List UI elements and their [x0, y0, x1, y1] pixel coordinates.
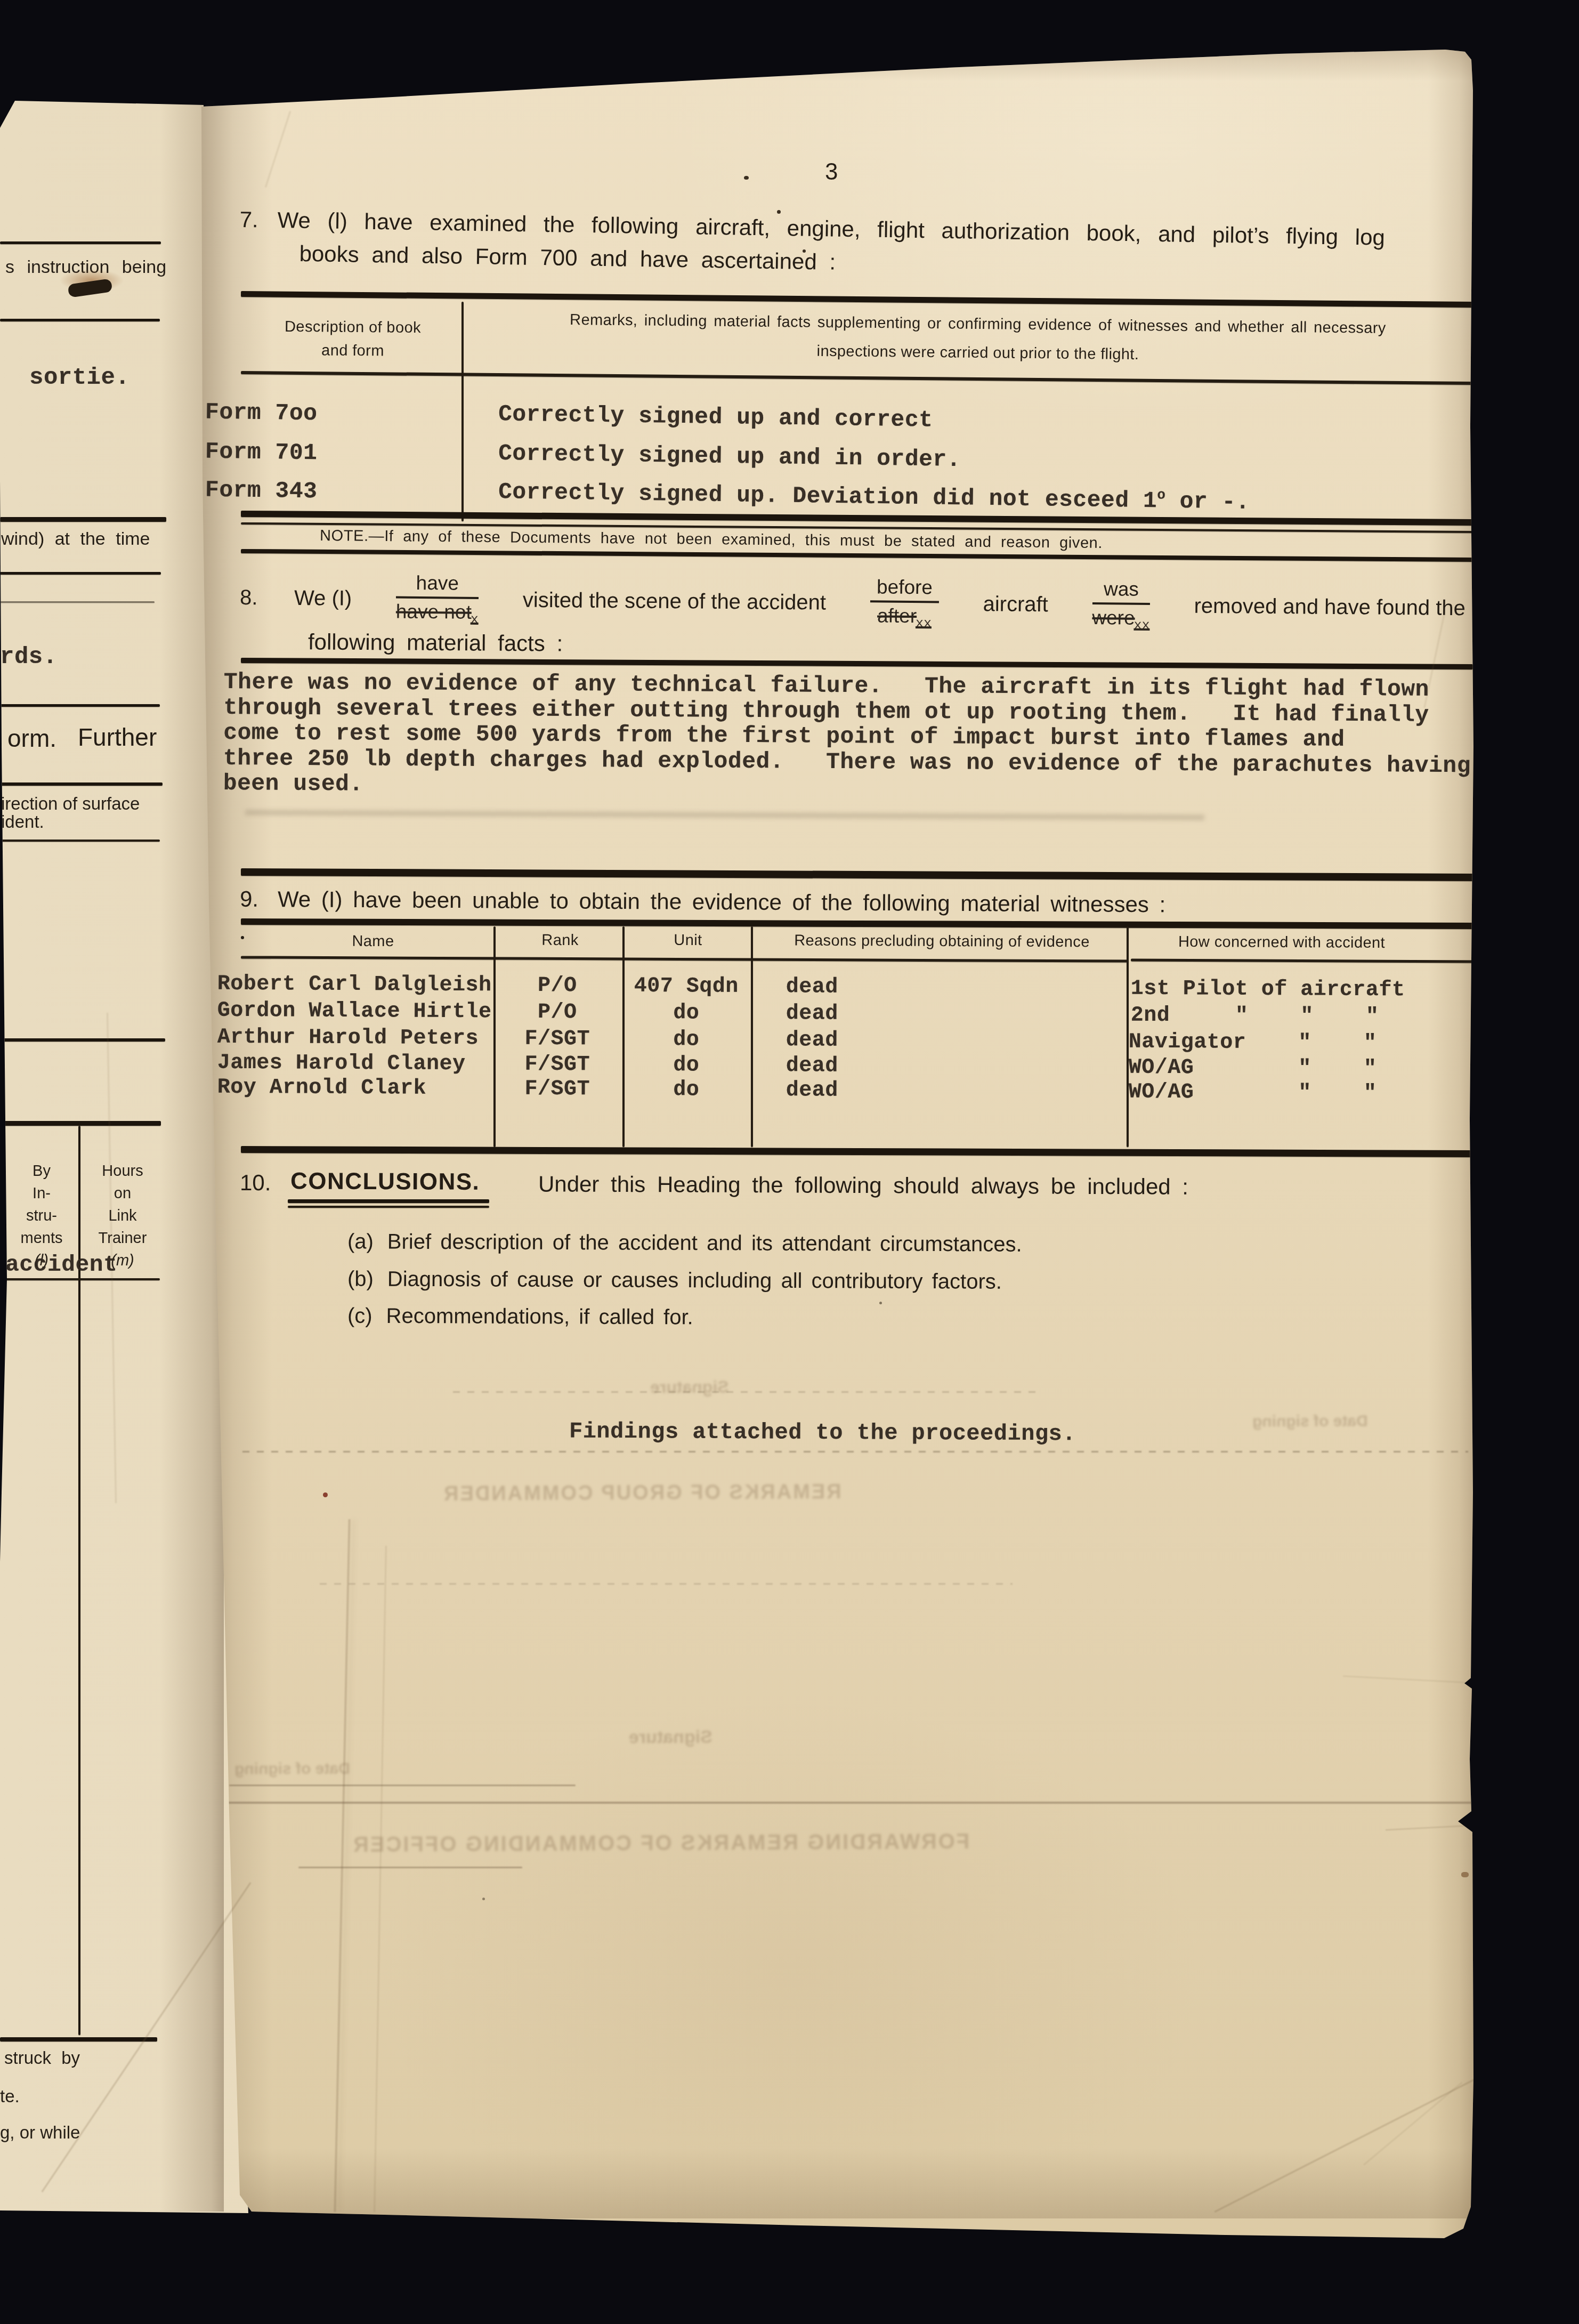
header-dot: [241, 936, 244, 939]
strip-typed-fragment: rds.: [0, 644, 58, 671]
strip-typed-fragment: accident: [5, 1252, 117, 1278]
strip-rule: [0, 704, 160, 707]
strip-rule: [0, 601, 155, 603]
overstrike-x: xx: [916, 616, 932, 631]
strip-fragment: Further: [78, 723, 157, 752]
witness-concerned: Navigator " ": [1129, 1030, 1377, 1055]
faint-rule: [229, 1785, 576, 1786]
rule-heavy: [241, 658, 1473, 669]
witness-unit: do: [673, 1053, 699, 1077]
section-10-subtitle: Under this Heading the following should …: [538, 1171, 1188, 1199]
witness-rank: F/SGT: [524, 1053, 590, 1077]
choice-before-after: beforeafterxx: [870, 576, 939, 631]
conclusion-item-a: (a)Brief description of the accident and…: [347, 1230, 1022, 1257]
strip-label: stru-: [16, 1205, 67, 1227]
choice-have: havehave notx: [396, 571, 479, 627]
witness-unit: do: [673, 1001, 699, 1025]
page-number: 3: [825, 159, 838, 185]
section-7-number: 7.: [239, 207, 258, 232]
section-9-heading: 9.We (I) have been unable to obtain the …: [240, 886, 1165, 918]
strip-rule: [0, 1121, 161, 1126]
bleedthrough-rule: [320, 1583, 1013, 1585]
strip-label: Link: [86, 1205, 159, 1227]
witness-concerned: WO/AG " ": [1129, 1080, 1377, 1105]
books-table-vline: [461, 302, 464, 521]
section-8-typed-paragraph: There was no evidence of any technical f…: [223, 669, 1471, 804]
bleedthrough-forwarding-remarks: FORWARDING REMARKS OF COMMANDING OFFICER: [352, 1830, 969, 1857]
ink-smudge: [245, 810, 1204, 820]
struck-word: were: [1092, 606, 1135, 628]
struck-word: after: [877, 604, 917, 627]
rule: [241, 956, 1128, 962]
item-text: Diagnosis of cause or causes including a…: [387, 1268, 1002, 1294]
bleedthrough-rule: [453, 1391, 1039, 1393]
faint-rule: [298, 1867, 522, 1868]
paper-speck: [803, 249, 806, 253]
bleedthrough-date-of-signing: Date of signing: [234, 1760, 350, 1778]
overstrike-x: xx: [1133, 617, 1149, 633]
paper-speck: [744, 176, 749, 180]
witness-name: Roy Arnold Clark: [217, 1076, 426, 1101]
witness-name: Robert Carl Dalgleish: [217, 972, 492, 998]
strip-label: In-: [16, 1182, 67, 1205]
bleedthrough-remarks-group-commander: REMARKS OF GROUP COMMANDER: [442, 1481, 841, 1506]
remark-text: Correctly signed up. Deviation did not e…: [498, 479, 1157, 514]
witness-unit: 407 Sqdn: [634, 974, 739, 999]
section-8-line-2: following material facts :: [308, 629, 563, 656]
strip-fragment: wind) at the time: [1, 529, 150, 550]
item-tag: (b): [347, 1267, 374, 1290]
witness-col-rank: Rank: [499, 931, 621, 949]
witness-unit: do: [673, 1078, 699, 1102]
strip-fragment: irection of surface: [1, 794, 140, 814]
item-text: Recommendations, if called for.: [386, 1304, 693, 1329]
choice-top: have: [396, 571, 479, 599]
witness-concerned: 1st Pilot of aircraft: [1131, 977, 1405, 1003]
paper-speck: [879, 1302, 882, 1304]
section-9-number: 9.: [240, 886, 258, 911]
books-row-remark: Correctly signed up. Deviation did not e…: [498, 478, 1250, 515]
choice-bottom-struck: werexx: [1092, 604, 1150, 633]
witness-col-reasons: Reasons precluding obtaining of evidence: [757, 932, 1127, 951]
overstrike-x: x: [471, 611, 479, 627]
strip-fragment: ident.: [1, 812, 44, 832]
rule: [241, 371, 1473, 385]
witness-concerned: WO/AG " ": [1129, 1056, 1377, 1081]
section-8-lead: We (I): [294, 586, 352, 610]
strip-label: Trainer: [86, 1227, 159, 1249]
strip-rule: [0, 2037, 157, 2041]
item-tag: (c): [347, 1304, 373, 1328]
strip-label: Hours: [86, 1160, 159, 1182]
strip-rule: [0, 241, 161, 244]
witness-reason: dead: [786, 1002, 838, 1026]
choice-top: was: [1092, 577, 1151, 604]
witness-concerned: 2nd " " ": [1131, 1004, 1379, 1029]
witness-rank: P/O: [538, 1000, 577, 1024]
witness-unit: do: [673, 1028, 699, 1052]
witness-reason: dead: [786, 975, 838, 999]
choice-was-were: waswerexx: [1092, 577, 1150, 633]
books-table-col2-header-line1: Remarks, including material facts supple…: [490, 310, 1465, 338]
rule-heavy: [241, 868, 1475, 881]
witness-reason: dead: [786, 1054, 838, 1078]
struck-word: have not: [396, 600, 472, 623]
title-underline: [288, 1206, 489, 1208]
strip-fragment: orm.: [7, 724, 56, 753]
strip-rule: [0, 782, 163, 786]
paper-speck: [482, 1898, 485, 1900]
choice-bottom-struck: afterxx: [870, 602, 938, 631]
crease: [334, 1519, 350, 2212]
red-fleck: [323, 1492, 328, 1497]
witness-name: Gordon Wallace Hirtle: [217, 999, 492, 1024]
faint-rule: [242, 1451, 1468, 1452]
strip-typed-fragment: sortie.: [29, 365, 129, 391]
books-row-remark: Correctly signed up and correct: [498, 401, 933, 433]
conclusion-item-b: (b)Diagnosis of cause or causes includin…: [347, 1267, 1002, 1294]
books-row-form: Form 343: [205, 477, 318, 505]
scan-background: { "page_number": "3", "palette": {"backg…: [0, 0, 1579, 2324]
witness-rank: P/O: [538, 974, 577, 998]
section-10-title: CONCLUSIONS.: [290, 1168, 480, 1196]
strip-fragment: struck by: [4, 2048, 80, 2068]
paper-speck: [777, 210, 781, 214]
section-8-mid-1: visited the scene of the accident: [523, 588, 827, 615]
rule-heavy: [241, 918, 1475, 929]
section-7-intro-line-2: books and also Form 700 and have ascerta…: [299, 241, 836, 275]
witness-reason: dead: [786, 1078, 838, 1103]
books-row-form: Form 7oo: [205, 399, 318, 427]
strip-rule: [0, 840, 160, 842]
section-10-number: 10.: [240, 1170, 271, 1196]
edge-stain: [1461, 1872, 1469, 1877]
note-text: NOTE.—If any of these Documents have not…: [320, 527, 1103, 552]
crease: [374, 1546, 387, 2212]
strip-label: on: [86, 1182, 159, 1205]
findings-note: Findings attached to the proceedings.: [569, 1419, 1076, 1447]
books-table-col1-header-line2: and form: [246, 341, 459, 360]
witness-col-name: Name: [250, 932, 496, 951]
witness-reason: dead: [786, 1028, 838, 1053]
strip-label: By: [16, 1160, 67, 1182]
books-row-form: Form 701: [205, 439, 318, 466]
strip-rule: [0, 1038, 165, 1042]
books-table-col2-header-line2: inspections were carried out prior to th…: [490, 339, 1465, 367]
books-row-remark: Correctly signed up and in order.: [498, 440, 961, 473]
accident-report-page-3: 3 7.We (l) have examined the following a…: [0, 0, 1579, 2324]
strip-fragment: te.: [0, 2086, 20, 2107]
item-tag: (a): [347, 1230, 374, 1253]
top-edge-shading: [203, 47, 1476, 81]
bleedthrough-date-of-signing: Date of signing: [1252, 1412, 1368, 1431]
strip-fragment: g, or while: [0, 2123, 80, 2143]
section-8-number: 8.: [240, 586, 258, 610]
witness-name: Arthur Harold Peters: [217, 1026, 479, 1051]
strip-rule: [0, 572, 161, 575]
witness-name: James Harold Claney: [217, 1051, 466, 1076]
strip-rule: [0, 517, 166, 522]
strip-rule: [4, 1278, 160, 1280]
witness-row: Roy Arnold Clark F/SGT do dead WO/AG " ": [0, 1075, 1579, 1251]
rule-heavy: [241, 291, 1473, 308]
degree-superscript: o: [1157, 487, 1166, 503]
bleedthrough-signature: Signature: [629, 1727, 712, 1748]
witness-rank: F/SGT: [524, 1027, 590, 1052]
faint-rule: [224, 1802, 1473, 1804]
section-8-tail: removed and have found the: [1194, 594, 1465, 620]
witness-rank: F/SGT: [524, 1077, 590, 1102]
witness-col-unit: Unit: [627, 931, 749, 949]
choice-top: before: [870, 576, 939, 603]
section-8-mid-2: aircraft: [983, 592, 1048, 617]
bleedthrough-signature: Signature: [650, 1377, 729, 1398]
bottom-edge-shading: [224, 2148, 1476, 2218]
section-9-heading-text: We (I) have been unable to obtain the ev…: [278, 886, 1165, 917]
item-text: Brief description of the accident and it…: [387, 1230, 1022, 1256]
title-underline: [288, 1199, 489, 1203]
witness-col-concerned: How concerned with accident: [1132, 933, 1431, 953]
remark-text: or -.: [1165, 488, 1250, 515]
conclusion-item-c: (c)Recommendations, if called for.: [347, 1304, 693, 1330]
strip-label: ments: [16, 1227, 67, 1249]
choice-bottom-struck: have notx: [396, 598, 479, 627]
books-table-col1-header-line1: Description of book: [246, 318, 459, 337]
rule: [1131, 959, 1475, 963]
strip-rule: [0, 319, 160, 321]
